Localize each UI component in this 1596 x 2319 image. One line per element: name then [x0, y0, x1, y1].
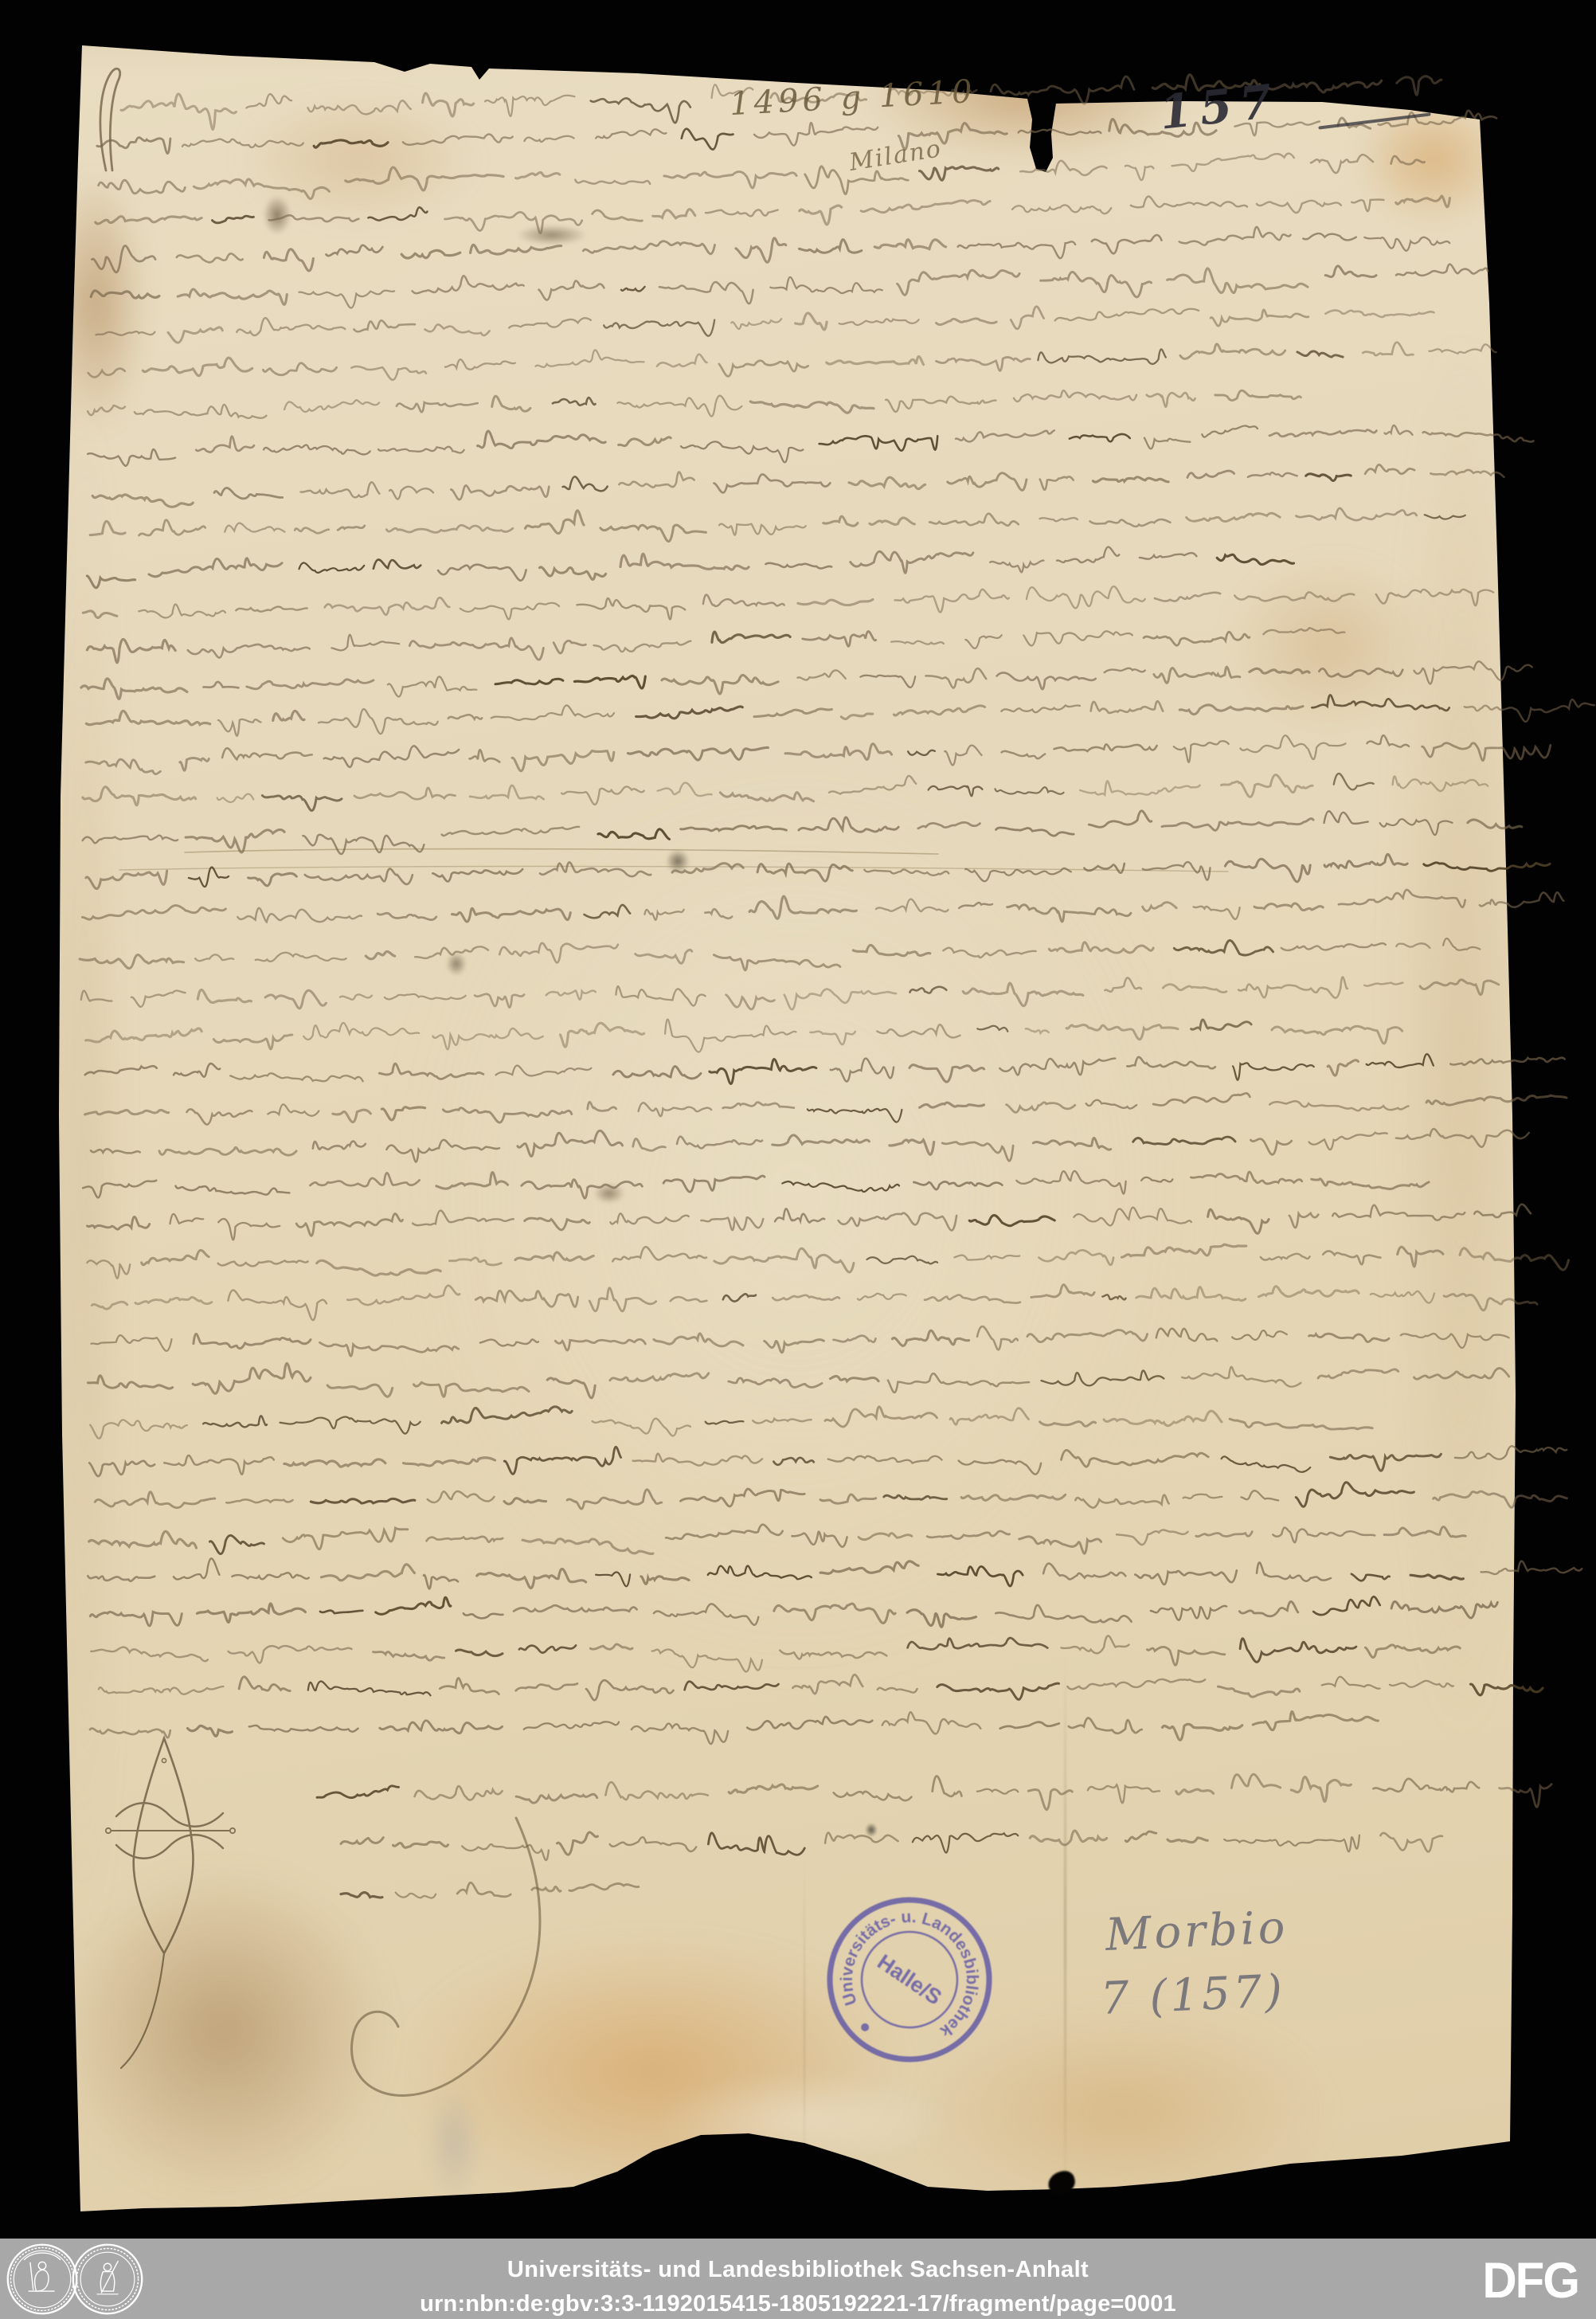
institution-name: Universitäts- und Landesbibliothek Sachs… [420, 2257, 1176, 2283]
university-seal-left-icon [5, 2242, 80, 2317]
university-seal-right-icon [70, 2242, 145, 2317]
library-stamp: Universitäts- u. Landesbibliothek Halle/… [820, 1890, 999, 2070]
notarial-sign [106, 1738, 235, 2068]
scan-page: Universitäts- u. Landesbibliothek Halle/… [0, 0, 1596, 2319]
pencil-annotation-line2: 7 (157) [1100, 1965, 1287, 2025]
ruled-scratch-lines [119, 849, 1228, 872]
handwritten-text-block [80, 75, 1594, 1744]
stamp-dot [860, 2023, 869, 2031]
pencil-annotation-line1: Morbio [1105, 1902, 1289, 1961]
footer-bar: Universitäts- und Landesbibliothek Sachs… [0, 2239, 1596, 2319]
footer-text-block: Universitäts- und Landesbibliothek Sachs… [420, 2257, 1176, 2317]
signature-flourish [352, 1818, 540, 2095]
initial-letter-flourish [100, 69, 120, 170]
stamp-center-text: Halle/S [873, 1949, 945, 2009]
dfg-logo: DFG [1482, 2251, 1578, 2309]
manuscript-overlay: Universitäts- u. Landesbibliothek Halle/… [0, 0, 1596, 2319]
urn-identifier: urn:nbn:de:gbv:3:3-1192015415-1805192221… [420, 2291, 1176, 2317]
notary-subscription-lines [317, 1774, 1551, 1898]
footer-seals [5, 2242, 145, 2317]
